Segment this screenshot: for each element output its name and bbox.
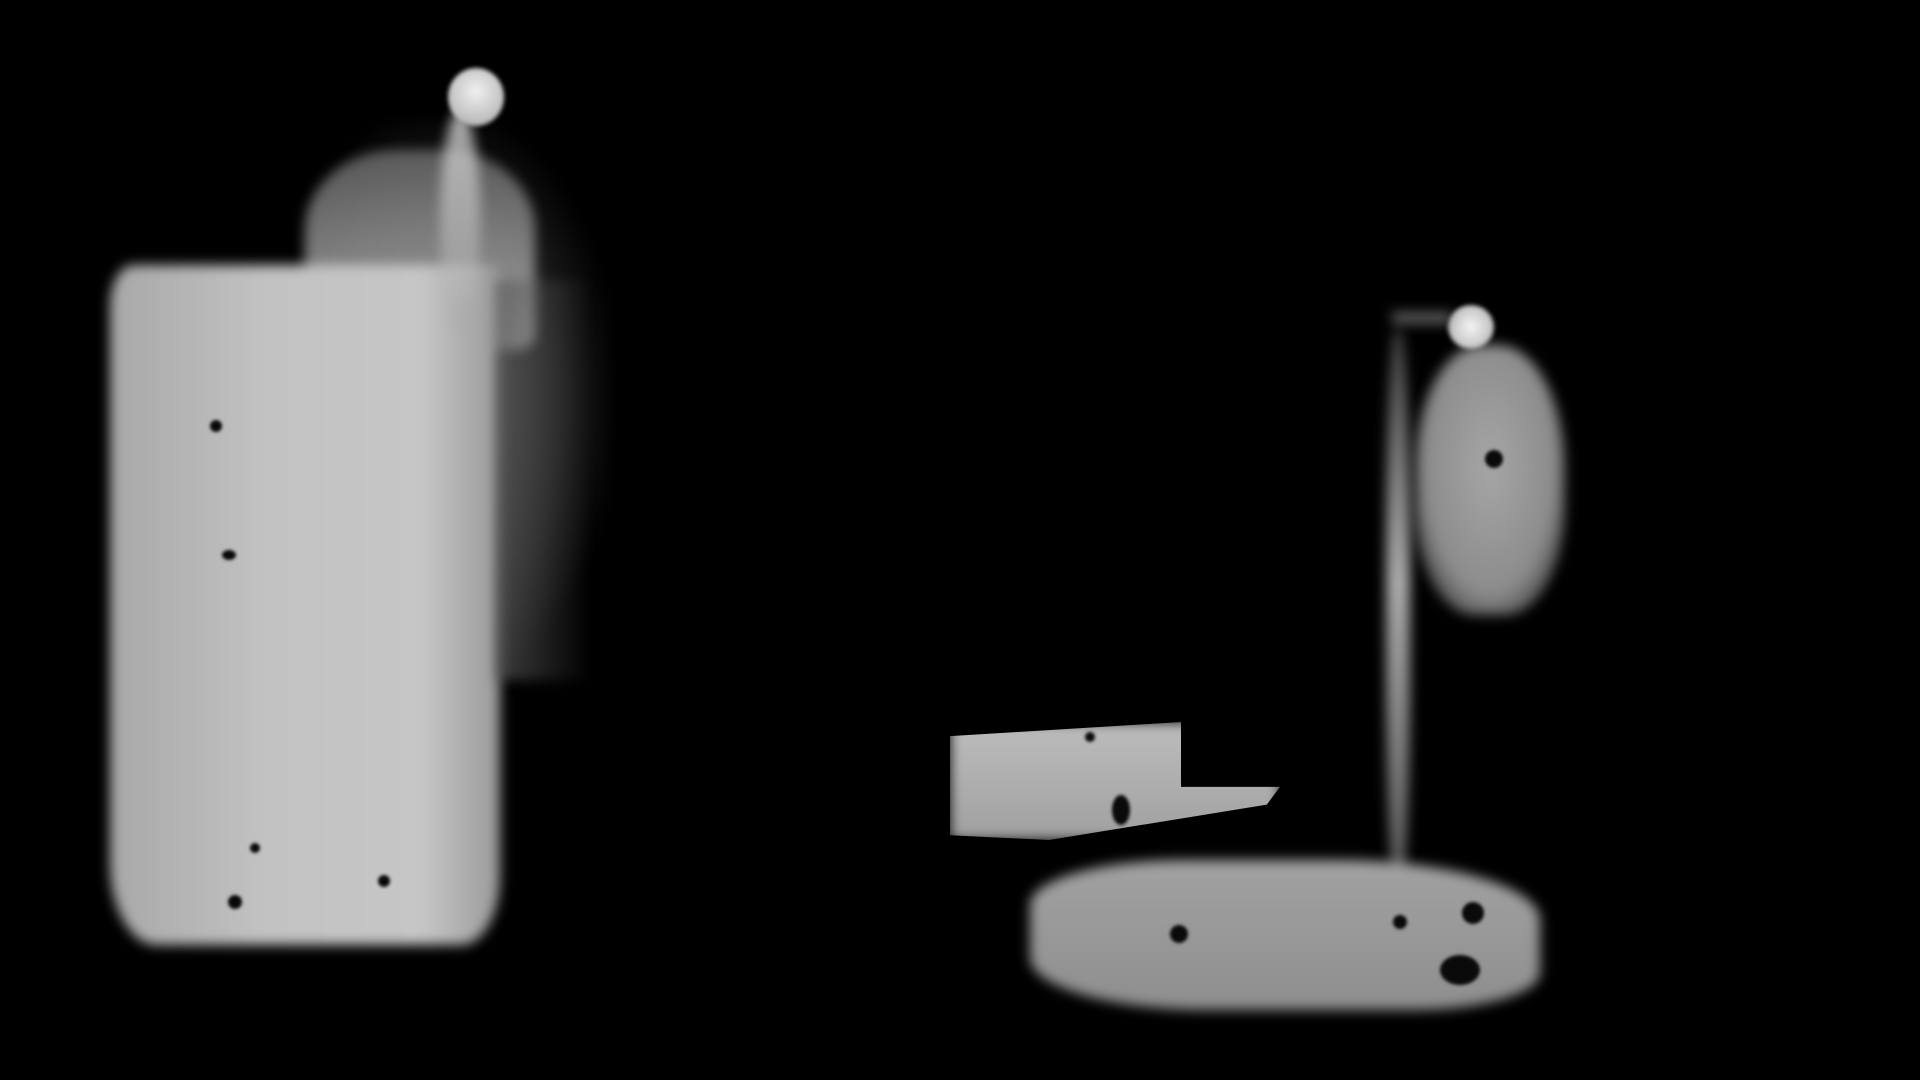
wall-spot (228, 895, 242, 909)
wall-spot (1085, 732, 1095, 742)
right-lamp-post (1386, 330, 1410, 890)
ground-spot (1170, 925, 1188, 943)
right-lamp (1448, 305, 1494, 349)
ground-spot (1393, 915, 1407, 929)
ground-patch (1030, 860, 1540, 1010)
wall-spot (1485, 450, 1503, 468)
left-wall-shadow-edge (495, 280, 590, 680)
ground-spot (1462, 902, 1484, 924)
wall-spot (378, 875, 390, 887)
wall-spot (250, 843, 260, 853)
right-lamp-arm (1392, 312, 1452, 324)
wall-spot (210, 420, 222, 432)
night-scene (0, 0, 1920, 1080)
ground-spot (1440, 955, 1480, 985)
wall-spot (1112, 795, 1130, 825)
left-lit-wall (110, 265, 500, 945)
left-lamp-beam (440, 110, 480, 330)
wall-spot (222, 550, 236, 560)
right-lit-wall (1415, 345, 1565, 615)
left-lamp (448, 68, 504, 126)
